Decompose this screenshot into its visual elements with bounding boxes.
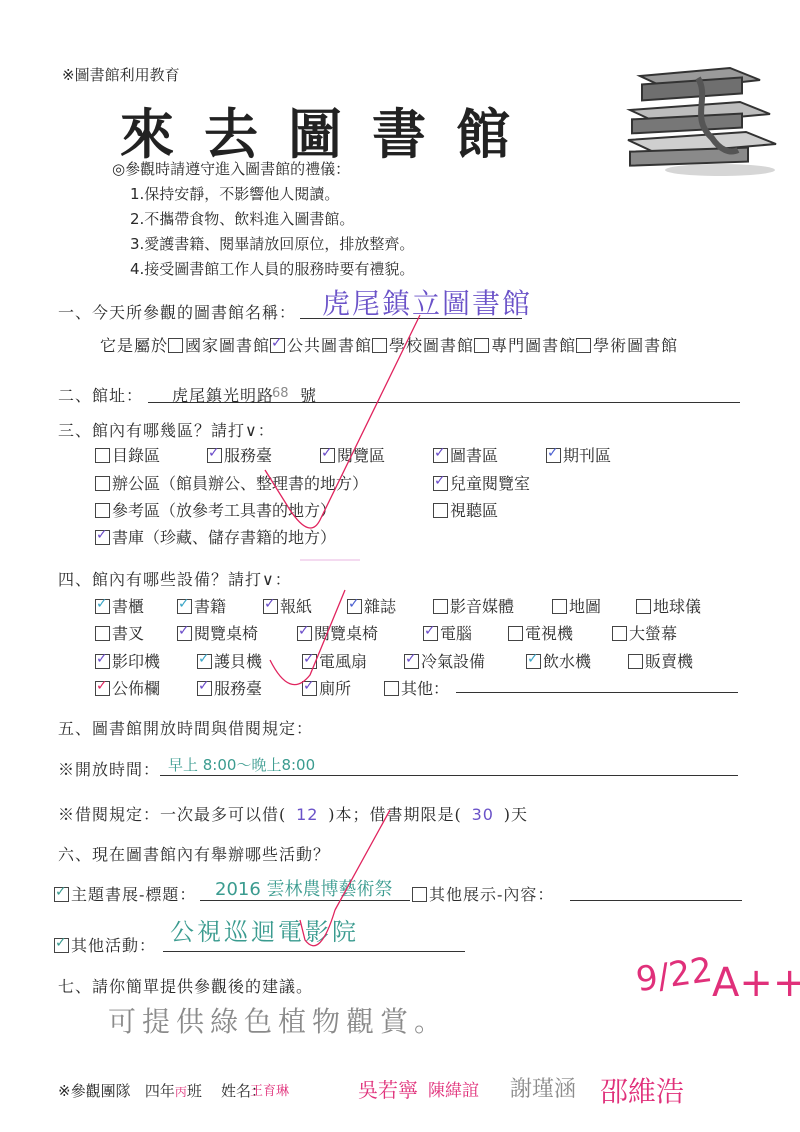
q5-label: 五、圖書館開放時間與借閱規定： <box>58 716 313 739</box>
checkbox[interactable] <box>302 681 317 696</box>
option-label: 電風扇 <box>319 652 367 671</box>
area-option[interactable]: 圖書區 <box>433 443 498 466</box>
checkbox[interactable] <box>628 654 643 669</box>
option-label: 電腦 <box>440 624 472 643</box>
theme-exhibit-row: 主題書展-標題： <box>54 882 196 905</box>
area-option[interactable]: 書庫（珍藏、儲存書籍的地方） <box>95 525 336 548</box>
equipment-option[interactable]: 書櫃 <box>95 594 144 617</box>
equipment-option[interactable]: 地球儀 <box>636 594 701 617</box>
equipment-option[interactable]: 護貝機 <box>197 649 262 672</box>
option-label: 廁所 <box>319 679 351 698</box>
option-label: 期刊區 <box>563 446 611 465</box>
option-label: 圖書區 <box>450 446 498 465</box>
q1-label: 一、今天所參觀的圖書館名稱： <box>58 300 296 323</box>
etiquette-rule: 4.接受圖書館工作人員的服務時要有禮貌。 <box>130 258 414 279</box>
option-label: 書叉 <box>112 624 144 643</box>
library-type-prefix: 它是屬於 <box>100 336 168 355</box>
equipment-option[interactable]: 冷氣設備 <box>404 649 485 672</box>
borrow-days-answer[interactable]: 30 <box>462 805 504 824</box>
q6-label: 六、現在圖書館內有舉辦哪些活動？ <box>58 842 330 865</box>
area-option[interactable]: 期刊區 <box>546 443 611 466</box>
checkbox[interactable] <box>347 599 362 614</box>
checkbox[interactable] <box>95 599 110 614</box>
option-label: 地球儀 <box>653 597 701 616</box>
theme-label: 主題書展-標題： <box>71 885 196 904</box>
option-label: 書櫃 <box>112 597 144 616</box>
theme-answer[interactable]: 2016 雲林農博藝術祭 <box>215 875 393 901</box>
etiquette-rule: 1.保持安靜，不影響他人閱讀。 <box>130 183 339 204</box>
area-option[interactable]: 目錄區 <box>95 443 160 466</box>
option-label: 閱覽桌椅 <box>194 624 258 643</box>
checkbox[interactable] <box>404 654 419 669</box>
option-label: 書籍 <box>194 597 226 616</box>
checkbox[interactable] <box>263 599 278 614</box>
equipment-option[interactable]: 電視機 <box>508 621 573 644</box>
other-activity-row: 其他活動： <box>54 933 156 956</box>
checkbox[interactable] <box>320 448 335 463</box>
checkbox[interactable] <box>552 599 567 614</box>
checkbox[interactable] <box>297 626 312 641</box>
option-label: 國家圖書館 <box>185 336 270 355</box>
borrow-mid: )本；借書期限是( <box>328 805 462 824</box>
checkbox[interactable] <box>433 503 448 518</box>
student-name[interactable]: 邵維浩 <box>600 1070 684 1110</box>
borrow-prefix: ※借閱規定：一次最多可以借( <box>58 805 286 824</box>
equipment-option[interactable]: 地圖 <box>552 594 601 617</box>
grade-prefix: 四年 <box>145 1082 175 1100</box>
option-label: 公共圖書館 <box>287 336 372 355</box>
equipment-option[interactable]: 販賣機 <box>628 649 693 672</box>
checkbox-special-library[interactable] <box>474 338 489 353</box>
checkbox[interactable] <box>302 654 317 669</box>
team-row: ※參觀團隊 四年丙班 姓名： <box>58 1080 266 1101</box>
option-label: 報紙 <box>280 597 312 616</box>
student-name[interactable]: 謝瑾涵 <box>510 1072 576 1103</box>
option-label: 公佈欄 <box>112 679 160 698</box>
area-option[interactable]: 閱覽區 <box>320 443 385 466</box>
checkbox[interactable] <box>95 681 110 696</box>
hours-underline <box>160 775 738 776</box>
student-name[interactable]: 陳緯誼 <box>428 1076 479 1101</box>
equipment-option[interactable]: 閱覽桌椅 <box>297 621 378 644</box>
borrow-rule-row: ※借閱規定：一次最多可以借(12)本；借書期限是(30)天 <box>58 802 528 825</box>
checkbox[interactable] <box>95 530 110 545</box>
option-label: 閱覽區 <box>337 446 385 465</box>
option-label: 專門圖書館 <box>491 336 576 355</box>
equipment-option[interactable]: 雜誌 <box>347 594 396 617</box>
area-option[interactable]: 視聽區 <box>433 498 498 521</box>
option-label: 大螢幕 <box>629 624 677 643</box>
checkbox-school-library[interactable] <box>372 338 387 353</box>
option-label: 學術圖書館 <box>593 336 678 355</box>
option-label: 兒童閱覽室 <box>450 474 530 493</box>
checkbox-other-display[interactable] <box>412 887 427 902</box>
option-label: 飲水機 <box>543 652 591 671</box>
student-name[interactable]: 王育琳 <box>250 1080 289 1099</box>
other-equipment-underline[interactable] <box>456 692 738 693</box>
checkbox[interactable] <box>197 654 212 669</box>
suggestion-answer[interactable]: 可提供綠色植物觀賞。 <box>108 1000 448 1040</box>
equipment-option[interactable]: 廁所 <box>302 676 351 699</box>
option-label: 其他： <box>401 679 449 698</box>
equipment-option[interactable]: 大螢幕 <box>612 621 677 644</box>
option-label: 販賣機 <box>645 652 693 671</box>
class-suffix: 班 <box>187 1082 202 1100</box>
option-label: 服務臺 <box>214 679 262 698</box>
checkbox[interactable] <box>384 681 399 696</box>
borrow-suffix: )天 <box>504 805 528 824</box>
checkbox[interactable] <box>433 599 448 614</box>
checkbox[interactable] <box>95 654 110 669</box>
q7-label: 七、請你簡單提供參觀後的建議。 <box>58 974 313 997</box>
equipment-option[interactable]: 影印機 <box>95 649 160 672</box>
equipment-option[interactable]: 電風扇 <box>302 649 367 672</box>
checkbox[interactable] <box>207 448 222 463</box>
checkbox[interactable] <box>546 448 561 463</box>
etiquette-rule: 2.不攜帶食物、飲料進入圖書館。 <box>130 208 354 229</box>
hours-answer[interactable]: 早上 8:00～晚上8:00 <box>168 754 315 775</box>
option-label: 地圖 <box>569 597 601 616</box>
option-label: 雜誌 <box>364 597 396 616</box>
library-name-underline <box>300 318 522 319</box>
checkbox[interactable] <box>636 599 651 614</box>
checkbox[interactable] <box>612 626 627 641</box>
option-label: 冷氣設備 <box>421 652 485 671</box>
area-option[interactable]: 兒童閱覽室 <box>433 471 530 494</box>
option-label: 閱覽桌椅 <box>314 624 378 643</box>
option-label: 護貝機 <box>214 652 262 671</box>
stacked-books-icon <box>620 58 780 178</box>
checkbox[interactable] <box>95 448 110 463</box>
option-label: 影印機 <box>112 652 160 671</box>
option-label: 目錄區 <box>112 446 160 465</box>
equipment-option[interactable]: 飲水機 <box>526 649 591 672</box>
other-activity-answer[interactable]: 公視巡迴電影院 <box>170 912 359 947</box>
checkbox-academic-library[interactable] <box>576 338 591 353</box>
equipment-option[interactable]: 影音媒體 <box>433 594 514 617</box>
kicker-label: ※圖書館利用教育 <box>62 64 180 85</box>
option-label: 視聽區 <box>450 501 498 520</box>
other-display-label: 其他展示-內容： <box>429 885 554 904</box>
other-display-underline[interactable] <box>570 900 742 901</box>
checkbox[interactable] <box>423 626 438 641</box>
option-label: 學校圖書館 <box>389 336 474 355</box>
area-option[interactable]: 參考區（放參考工具書的地方） <box>95 498 336 521</box>
equipment-option[interactable]: 其他： <box>384 676 449 699</box>
checkbox[interactable] <box>433 448 448 463</box>
equipment-option[interactable]: 報紙 <box>263 594 312 617</box>
address-number-answer[interactable]: 68 <box>272 386 289 401</box>
checkbox-theme-exhibit[interactable] <box>54 887 69 902</box>
checkbox[interactable] <box>177 599 192 614</box>
option-label: 參考區（放參考工具書的地方） <box>112 501 336 520</box>
option-label: 電視機 <box>525 624 573 643</box>
option-label: 辦公區（館員辦公、整理書的地方） <box>112 474 368 493</box>
etiquette-heading: ◎參觀時請遵守進入圖書館的禮儀： <box>112 158 350 179</box>
equipment-option[interactable]: 書叉 <box>95 621 144 644</box>
class-name-answer[interactable]: 丙 <box>175 1085 187 1099</box>
grading-date: 9/22 <box>634 950 715 1000</box>
option-label: 影音媒體 <box>450 597 514 616</box>
other-display-row: 其他展示-內容： <box>412 882 554 905</box>
hours-label: ※開放時間： <box>58 757 160 780</box>
equipment-option[interactable]: 書籍 <box>177 594 226 617</box>
q3-label: 三、館內有哪幾區？請打∨： <box>58 418 275 441</box>
address-underline <box>148 402 740 403</box>
option-label: 服務臺 <box>224 446 272 465</box>
area-option[interactable]: 辦公區（館員辦公、整理書的地方） <box>95 471 368 494</box>
library-type-row: 它是屬於國家圖書館公共圖書館學校圖書館專門圖書館學術圖書館 <box>100 333 678 356</box>
checkbox[interactable] <box>433 476 448 491</box>
checkbox[interactable] <box>95 476 110 491</box>
equipment-option[interactable]: 電腦 <box>423 621 472 644</box>
theme-underline <box>200 900 410 901</box>
checkbox[interactable] <box>197 681 212 696</box>
student-name[interactable]: 吳若寧 <box>358 1074 418 1103</box>
grading-grade: A+++ <box>712 960 800 1006</box>
checkbox-public-library[interactable] <box>270 338 285 353</box>
borrow-count-answer[interactable]: 12 <box>286 805 328 824</box>
team-label: ※參觀團隊 <box>58 1082 131 1100</box>
library-name-answer[interactable]: 虎尾鎮立圖書館 <box>322 282 532 322</box>
checkbox-national-library[interactable] <box>168 338 183 353</box>
other-activity-label: 其他活動： <box>71 936 156 955</box>
checkbox[interactable] <box>508 626 523 641</box>
other-activity-underline <box>163 951 465 952</box>
checkbox[interactable] <box>526 654 541 669</box>
checkbox[interactable] <box>177 626 192 641</box>
option-label: 書庫（珍藏、儲存書籍的地方） <box>112 528 336 547</box>
q2-label: 二、館址： <box>58 383 143 406</box>
equipment-option[interactable]: 公佈欄 <box>95 676 160 699</box>
checkbox-other-activity[interactable] <box>54 938 69 953</box>
equipment-option[interactable]: 閱覽桌椅 <box>177 621 258 644</box>
checkbox[interactable] <box>95 503 110 518</box>
checkbox[interactable] <box>95 626 110 641</box>
equipment-option[interactable]: 服務臺 <box>197 676 262 699</box>
q4-label: 四、館內有哪些設備？請打∨： <box>58 567 292 590</box>
etiquette-rule: 3.愛護書籍、閱畢請放回原位，排放整齊。 <box>130 233 414 254</box>
area-option[interactable]: 服務臺 <box>207 443 272 466</box>
